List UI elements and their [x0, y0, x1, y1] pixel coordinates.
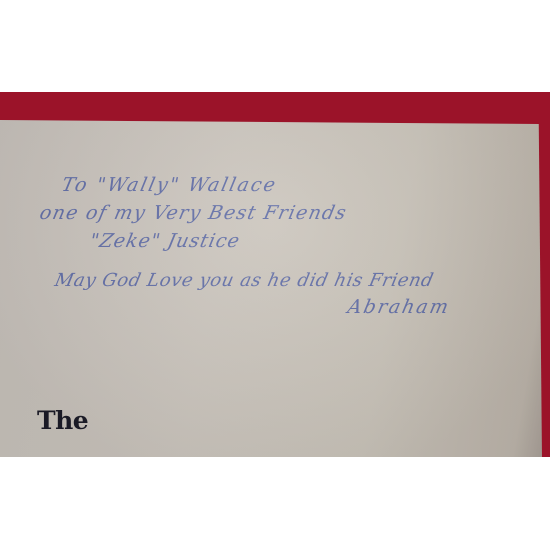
inscription-line-3: "Zeke" Justice	[88, 230, 243, 252]
inscription-line-1: To "Wally" Wallace	[60, 174, 280, 196]
printed-title-word: The	[37, 406, 88, 435]
inscription-line-2: one of my Very Best Friends	[38, 202, 349, 224]
inscription-signature: Abraham	[346, 296, 453, 318]
inscription-line-4: May God Love you as he did his Friend	[53, 270, 436, 291]
photo: To "Wally" Wallace one of my Very Best F…	[0, 92, 550, 457]
book-page: To "Wally" Wallace one of my Very Best F…	[0, 120, 542, 457]
